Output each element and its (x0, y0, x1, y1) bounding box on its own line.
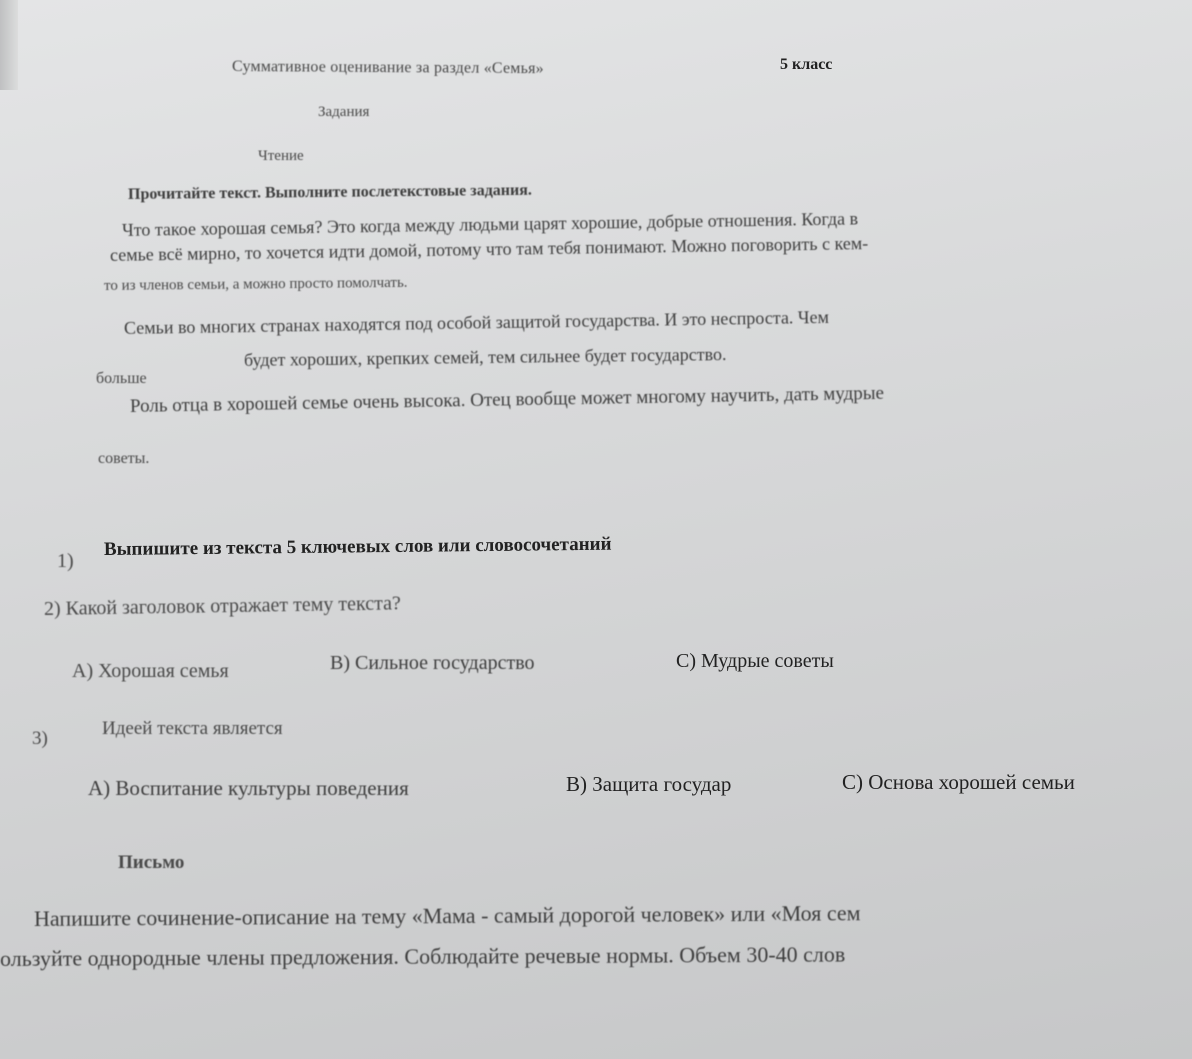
question-3-text: Идеей текста является (102, 718, 283, 740)
tasks-heading: Задания (318, 104, 369, 121)
question-2-text: Какой заголовок отражает тему текста? (65, 592, 401, 619)
question-2-number: 2) (44, 598, 61, 620)
question-1-number: 1) (57, 550, 74, 573)
writing-task-line-1: Напишите сочинение-описание на тему «Мам… (34, 900, 861, 932)
question-1-text: Выпишите из текста 5 ключевых слов или с… (104, 534, 612, 561)
paper-edge-shadow (0, 0, 18, 90)
writing-task-line-2: ользуйте однородные члены предложения. С… (0, 942, 845, 972)
question-3-number: 3) (32, 728, 48, 750)
text-paragraph-2-line-2-start: больше (96, 370, 147, 388)
question-2: 2) Какой заголовок отражает тему текста? (44, 592, 401, 621)
writing-section-heading: Письмо (118, 852, 184, 874)
document-page: Суммативное оценивание за раздел «Семья»… (0, 0, 1192, 1059)
question-2-option-b: В) Сильное государство (330, 652, 535, 675)
question-2-option-a: А) Хорошая семья (72, 660, 229, 683)
grade-label: 5 класс (780, 56, 832, 74)
text-paragraph-2-line-2-end: будет хороших, крепких семей, тем сильне… (244, 344, 727, 371)
question-3-option-c: С) Основа хорошей семьи (842, 770, 1075, 795)
text-paragraph-3-line-1: Роль отца в хорошей семье очень высока. … (130, 383, 884, 418)
question-2-option-c: С) Мудрые советы (676, 650, 834, 673)
question-3-option-b: В) Защита государ (566, 772, 731, 797)
reading-instruction: Прочитайте текст. Выполните послетекстов… (128, 182, 532, 204)
question-3-option-a: А) Воспитание культуры поведения (88, 776, 409, 801)
text-paragraph-1-line-3: то из членов семьи, а можно просто помол… (104, 275, 408, 295)
text-paragraph-3-line-2: советы. (98, 450, 149, 468)
text-paragraph-2-line-1: Семьи во многих странах находятся под ос… (124, 307, 829, 339)
reading-section-heading: Чтение (258, 148, 304, 165)
document-title: Суммативное оценивание за раздел «Семья» (232, 58, 544, 78)
